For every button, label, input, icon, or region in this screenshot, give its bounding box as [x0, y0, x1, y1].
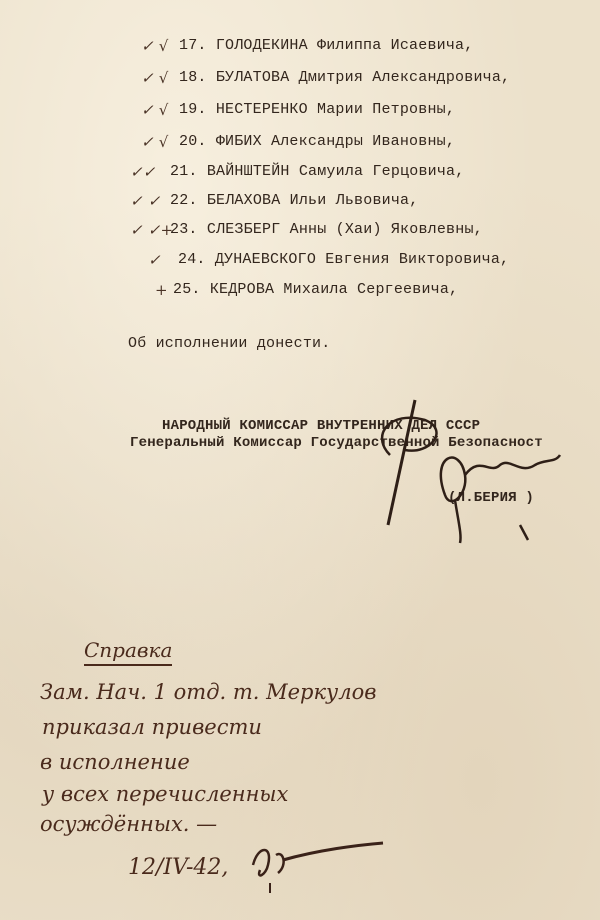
check-mark-icon: ✓✓	[130, 160, 156, 184]
item-name: КЕДРОВА Михаила Сергеевича,	[210, 281, 458, 298]
note-heading: Справка	[84, 638, 172, 666]
list-item: ✓ √ 19. НЕСТЕРЕНКО Марии Петровны,	[145, 98, 455, 122]
check-mark-icon: ✓	[148, 248, 161, 272]
closing-instruction: Об исполнении донести.	[128, 335, 330, 352]
item-number: 25.	[173, 281, 201, 298]
item-number: 18.	[179, 69, 207, 86]
document-page: ✓ √ 17. ГОЛОДЕКИНА Филиппа Исаевича, ✓ √…	[0, 0, 600, 920]
note-line: Зам. Нач. 1 отд. т. Меркулов	[40, 680, 376, 704]
item-name: ГОЛОДЕКИНА Филиппа Исаевича,	[216, 37, 474, 54]
list-item: ✓ ✓ 22. БЕЛАХОВА Ильи Львовича,	[130, 189, 418, 213]
item-number: 17.	[179, 37, 207, 54]
item-number: 24.	[178, 251, 206, 268]
list-item: ✓ 24. ДУНАЕВСКОГО Евгения Викторовича,	[148, 248, 509, 272]
item-name: ФИБИХ Александры Ивановны,	[216, 133, 455, 150]
note-line: приказал привести	[42, 715, 262, 739]
check-mark-icon: ✓ √	[141, 66, 169, 90]
check-mark-icon: ✓ √	[141, 34, 169, 58]
note-line: осуждённых. —	[40, 812, 217, 836]
note-date: 12/IV-42,	[128, 855, 228, 880]
item-name: ВАЙНШТЕЙН Самуила Герцовича,	[207, 163, 465, 180]
list-item: ✓ √ 17. ГОЛОДЕКИНА Филиппа Исаевича,	[145, 34, 473, 58]
item-number: 19.	[179, 101, 207, 118]
item-name: ДУНАЕВСКОГО Евгения Викторовича,	[215, 251, 509, 268]
list-item: ✓ √ 20. ФИБИХ Александры Ивановны,	[145, 130, 455, 154]
item-number: 23.	[170, 221, 198, 238]
list-item: ✓ ✓+ 23. СЛЕЗБЕРГ Анны (Хаи) Яковлевны,	[130, 218, 483, 242]
list-item: + 25. КЕДРОВА Михаила Сергеевича,	[155, 278, 458, 302]
handwritten-initials-icon	[248, 835, 388, 895]
list-item: ✓✓ 21. ВАЙНШТЕЙН Самуила Герцовича,	[130, 160, 464, 184]
item-name: БУЛАТОВА Дмитрия Александровича,	[216, 69, 510, 86]
note-line: у всех перечисленных	[42, 782, 288, 806]
item-number: 22.	[170, 192, 198, 209]
item-number: 20.	[179, 133, 207, 150]
check-mark-icon: ✓ ✓	[130, 189, 161, 213]
cross-mark-icon: +	[155, 278, 168, 302]
item-name: СЛЕЗБЕРГ Анны (Хаи) Яковлевны,	[207, 221, 483, 238]
note-line: в исполнение	[40, 750, 190, 774]
check-mark-icon: ✓ √	[141, 98, 169, 122]
list-item: ✓ √ 18. БУЛАТОВА Дмитрия Александровича,	[145, 66, 510, 90]
item-name: НЕСТЕРЕНКО Марии Петровны,	[216, 101, 455, 118]
item-name: БЕЛАХОВА Ильи Львовича,	[207, 192, 419, 209]
check-mark-icon: ✓ √	[141, 130, 169, 154]
check-mark-icon: ✓ ✓+	[130, 218, 173, 242]
handwritten-signature-icon	[370, 395, 570, 545]
item-number: 21.	[170, 163, 198, 180]
